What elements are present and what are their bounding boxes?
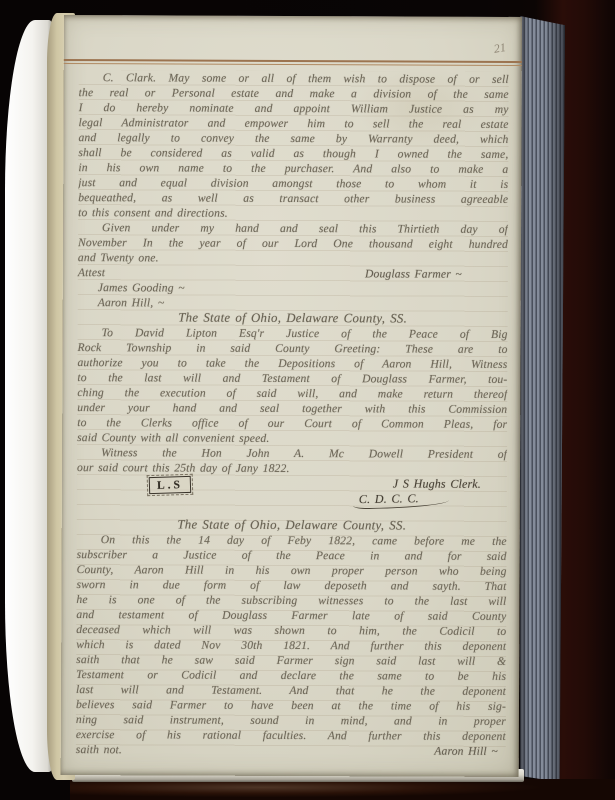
page-stack-fore-edge — [520, 16, 565, 782]
manuscript-text: C. Clark. May some or all of them wish t… — [76, 70, 509, 759]
ledger-page: 21 C. Clark. May some or all of them wis… — [61, 15, 522, 777]
manuscript-line: our said court this 25th day of Jany 182… — [77, 460, 507, 477]
signature-aaron-hill: Aaron Hill ~ — [434, 744, 498, 759]
page-number: 21 — [493, 40, 507, 57]
manuscript-line: exercise of his rational faculties. And … — [76, 727, 506, 744]
header-rule-line — [64, 59, 522, 66]
signature-douglass-farmer: Douglass Farmer ~ — [365, 266, 462, 281]
signature-clerk: J S Hughs Clerk. — [393, 476, 481, 492]
book-photo: { "page_number": "21", "colors": { "page… — [0, 0, 615, 800]
closing-phrase: saith not. — [76, 742, 122, 757]
notary-seal-ls-box: L.S — [149, 476, 191, 494]
attest-label: Attest — [78, 265, 105, 280]
manuscript-line: saith not.Aaron Hill ~ — [76, 742, 506, 759]
book-bottom-binding — [70, 779, 615, 800]
signature-aaron-hill-witness: Aaron Hill, ~ — [78, 295, 508, 312]
manuscript-line: and Twenty one. — [78, 250, 508, 267]
clerk-initials-flourish: C. D. C. C. — [353, 491, 449, 510]
